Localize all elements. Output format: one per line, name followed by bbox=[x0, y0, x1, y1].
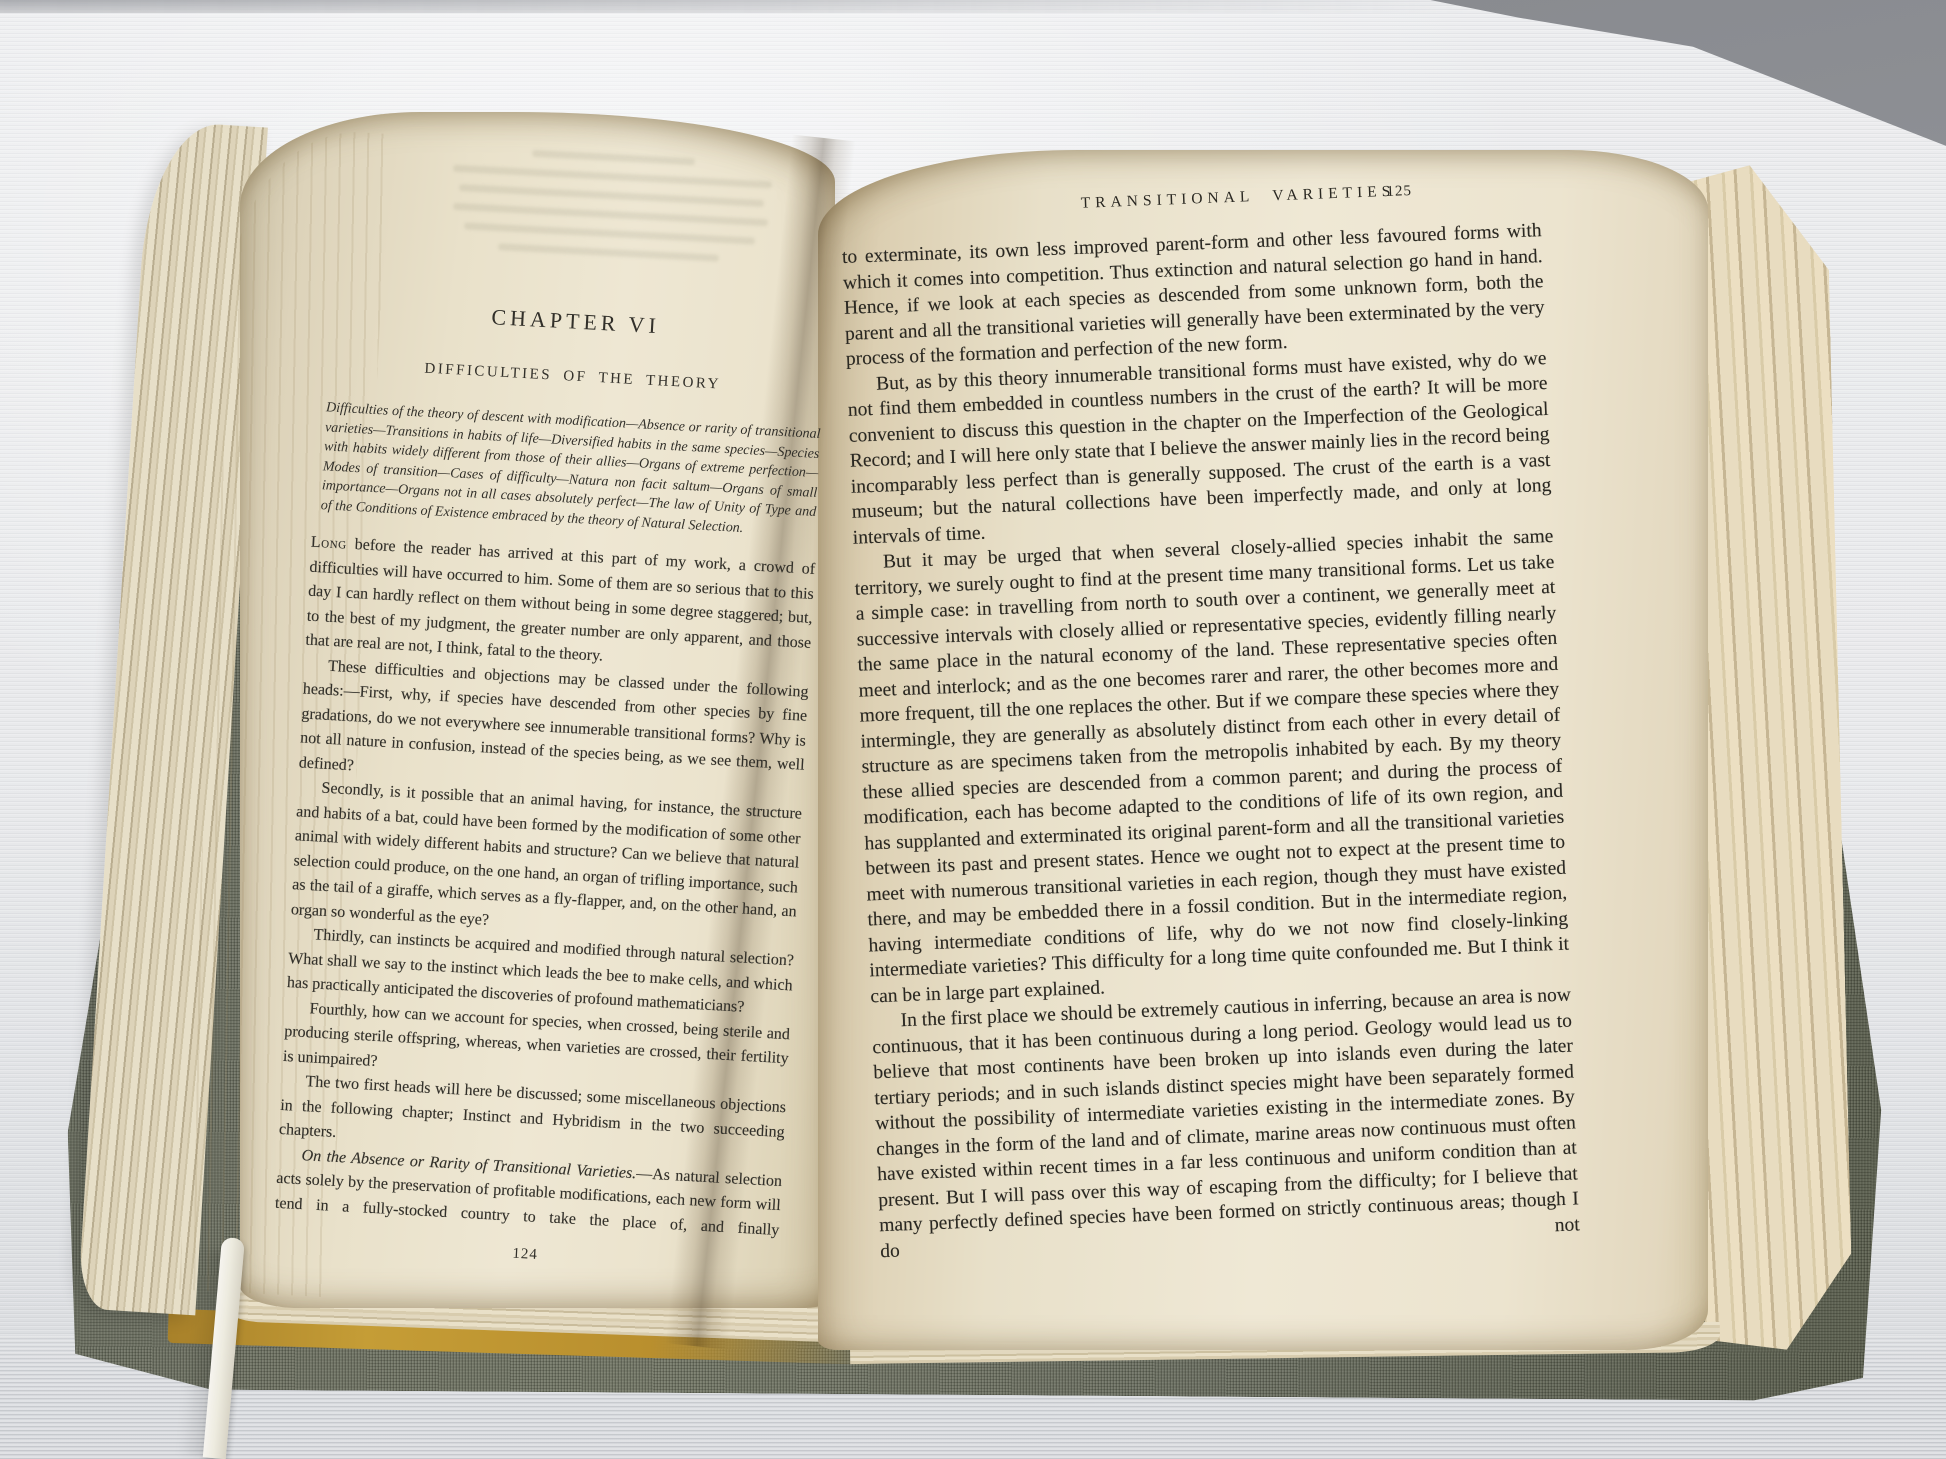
showthrough-line bbox=[532, 150, 695, 166]
paragraph: In the first place we should be extremel… bbox=[871, 983, 1580, 1265]
right-page-text: TRANSITIONAL VARIETIES 125 to exterminat… bbox=[840, 177, 1580, 1264]
paragraph-text: before the reader has arrived at this pa… bbox=[305, 536, 815, 665]
lead-word: Long bbox=[310, 534, 347, 553]
paragraph: Secondly, is it possible that an animal … bbox=[290, 775, 802, 949]
paragraph: But it may be urged that when several cl… bbox=[853, 524, 1570, 1010]
chapter-summary: Difficulties of the theory of descent wi… bbox=[312, 398, 823, 542]
paragraph: But, as by this theory innumerable trans… bbox=[846, 346, 1552, 551]
left-page-text: CHAPTER VI DIFFICULTIES OF THE THEORY Di… bbox=[273, 295, 829, 1277]
showthrough-line bbox=[498, 243, 718, 262]
showthrough-line bbox=[459, 184, 764, 207]
chapter-subtitle: DIFFICULTIES OF THE THEORY bbox=[320, 355, 825, 399]
page-number-right: 125 bbox=[1386, 183, 1412, 201]
showthrough-line bbox=[464, 222, 755, 244]
open-book-photo: CHAPTER VI DIFFICULTIES OF THE THEORY Di… bbox=[0, 0, 1946, 1459]
showthrough-line bbox=[453, 203, 769, 227]
showthrough-line bbox=[453, 165, 772, 189]
